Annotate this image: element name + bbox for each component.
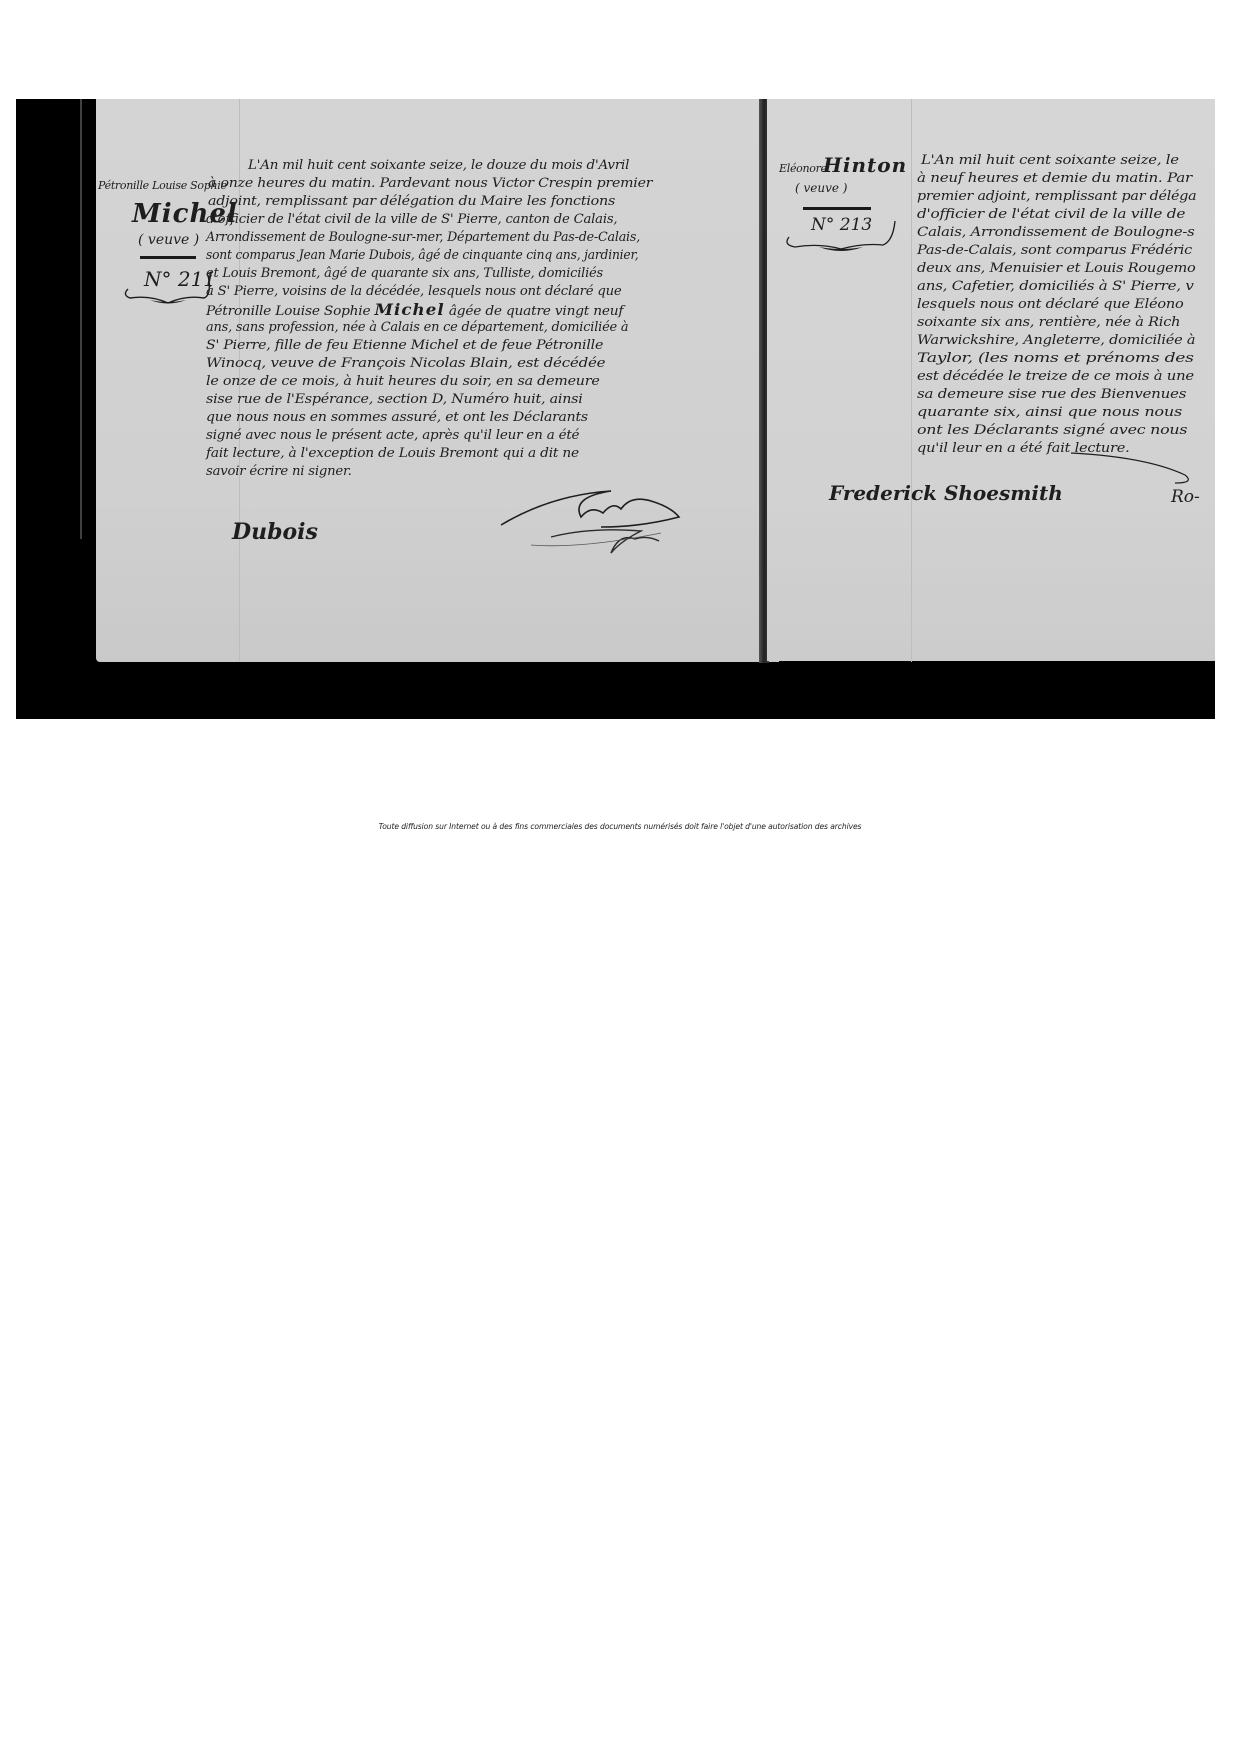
body-line: Taylor, (les noms et prénoms des xyxy=(917,352,1194,365)
body-line: signé avec nous le présent acte, après q… xyxy=(206,429,579,442)
signature-dubois: Dubois xyxy=(232,519,318,545)
body-line: à onze heures du matin. Pardevant nous V… xyxy=(208,177,652,190)
signature-second: Ro- xyxy=(1171,487,1200,507)
deceased-surname: Michel xyxy=(375,300,445,319)
archives-usage-notice: Toute diffusion sur Internet ou à des fi… xyxy=(0,822,1240,831)
signature-frederick-shoesmith: Frederick Shoesmith xyxy=(829,481,1063,505)
margin-divider xyxy=(803,207,871,210)
closing-flourish xyxy=(1067,449,1215,489)
margin-surname: Hinton xyxy=(823,153,907,177)
body-line: le onze de ce mois, à huit heures du soi… xyxy=(206,375,600,388)
body-line: fait lecture, à l'exception de Louis Bre… xyxy=(206,447,579,460)
body-line: sont comparus Jean Marie Dubois, âgé de … xyxy=(206,249,639,262)
binding-edge xyxy=(80,99,82,539)
body-line: Winocq, veuve de François Nicolas Blain,… xyxy=(206,357,605,370)
body-line: ont les Déclarants signé avec nous xyxy=(917,424,1187,437)
body-line: ans, Cafetier, domiciliés à S' Pierre, v xyxy=(917,280,1194,293)
body-line: adjoint, remplissant par délégation du M… xyxy=(208,195,615,208)
flourish-ornament xyxy=(120,271,216,307)
body-line: Arrondissement de Boulogne-sur-mer, Dépa… xyxy=(206,231,640,244)
body-line: d'officier de l'état civil de la ville d… xyxy=(206,213,617,226)
body-line: à S' Pierre, voisins de la décédée, lesq… xyxy=(206,285,622,298)
body-line: que nous nous en sommes assuré, et ont l… xyxy=(206,411,588,424)
margin-rule xyxy=(911,99,912,662)
body-line: est décédée le treize de ce mois à une xyxy=(917,370,1194,383)
body-line: L'An mil huit cent soixante seize, le xyxy=(921,154,1179,167)
body-line: Pas-de-Calais, sont comparus Frédéric xyxy=(917,244,1192,257)
body-line: soixante six ans, rentière, née à Rich xyxy=(917,316,1180,329)
margin-status: ( veuve ) xyxy=(795,181,847,195)
margin-status: ( veuve ) xyxy=(138,232,199,248)
body-line: à neuf heures et demie du matin. Par xyxy=(917,172,1192,185)
margin-given-names: Eléonore xyxy=(779,162,827,175)
body-line: sa demeure sise rue des Bienvenues xyxy=(917,388,1186,401)
body-line: Warwickshire, Angleterre, domiciliée à xyxy=(917,334,1195,347)
body-line: Calais, Arrondissement de Boulogne-s xyxy=(917,226,1194,239)
body-line: sise rue de l'Espérance, section D, Numé… xyxy=(206,393,583,406)
body-line-deceased-name: Pétronille Louise Sophie Michel âgée de … xyxy=(206,302,623,318)
margin-divider xyxy=(140,256,196,259)
body-line: savoir écrire ni signer. xyxy=(206,465,352,478)
right-page: Eléonore Hinton ( veuve ) N° 213 L'An mi… xyxy=(767,99,1215,661)
flourish-ornament xyxy=(783,215,903,255)
register-scan: Pétronille Louise Sophie Michel ( veuve … xyxy=(16,99,1215,719)
body-line: lesquels nous ont déclaré que Eléono xyxy=(917,298,1184,311)
body-line: et Louis Bremont, âgé de quarante six an… xyxy=(206,267,603,280)
body-line: d'officier de l'état civil de la ville d… xyxy=(917,208,1185,221)
body-line: L'An mil huit cent soixante seize, le do… xyxy=(248,159,629,172)
officer-signature xyxy=(491,487,691,562)
left-page: Pétronille Louise Sophie Michel ( veuve … xyxy=(96,99,779,662)
body-line: deux ans, Menuisier et Louis Rougemo xyxy=(917,262,1196,275)
body-line: S' Pierre, fille de feu Etienne Michel e… xyxy=(206,339,603,352)
body-line: ans, sans profession, née à Calais en ce… xyxy=(206,321,628,334)
body-line: premier adjoint, remplissant par déléga xyxy=(917,190,1196,203)
body-line: quarante six, ainsi que nous nous xyxy=(917,406,1182,419)
